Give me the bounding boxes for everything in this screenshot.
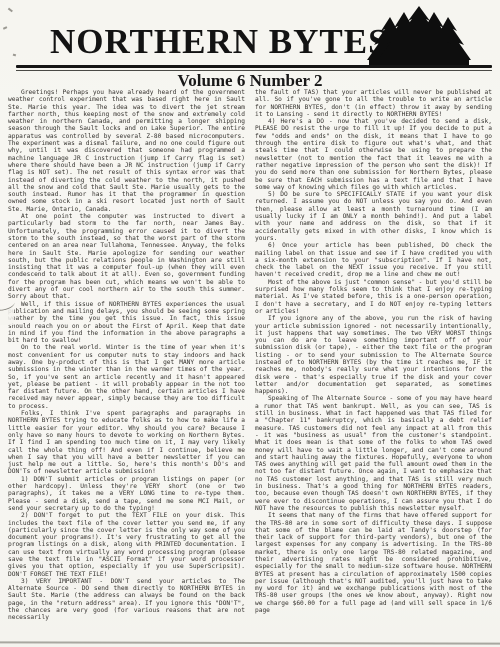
paragraph: If you ignore any of the above, you run … <box>255 315 492 395</box>
paragraph: 3) VERY IMPORTANT - DON'T send your arti… <box>8 578 245 622</box>
scan-speck <box>8 8 13 12</box>
paragraph: 4) Here's a DO - now that you've decided… <box>255 118 492 191</box>
paragraph: 2) DON'T forget to put the TEXT FILE on … <box>8 512 245 578</box>
paragraph: 5) DO be sure to SPECIFICALLY STATE if y… <box>255 191 492 242</box>
paragraph: At one point the computer was instructed… <box>8 213 245 301</box>
paragraph: Greetings! Perhaps you have already hear… <box>8 89 245 213</box>
paragraph: It seems that many of the firms that hav… <box>255 512 492 614</box>
paragraph: Speaking of The Alternate Source - some … <box>255 395 492 512</box>
newsletter-page: NORTHERN BYTES Volume 6 Number 2 Greetin… <box>0 0 500 647</box>
paragraph: 1) DON'T submit articles or program list… <box>8 476 245 512</box>
paragraph: Well, if this issue of NORTHERN BYTES ex… <box>8 301 245 345</box>
newsletter-title: NORTHERN BYTES <box>50 22 380 62</box>
left-column: Greetings! Perhaps you have already hear… <box>8 89 245 622</box>
paragraph: Folks, I think I've spent paragraphs and… <box>8 410 245 476</box>
pine-trees-icon <box>364 5 474 68</box>
scan-speck <box>13 54 16 56</box>
paragraph: On to the real world. Winter is the time… <box>8 344 245 410</box>
paragraph: Most of the above is just "common sense"… <box>255 279 492 315</box>
scan-edge-line <box>0 641 500 644</box>
scan-speck <box>3 26 7 29</box>
issue-heading: Volume 6 Number 2 <box>0 71 500 91</box>
paragraph: the fault of TAS) that your articles wil… <box>255 89 492 118</box>
masthead-rule-thick <box>16 65 492 68</box>
scan-smudge <box>0 309 14 325</box>
paragraph: 6) Once your article has been published,… <box>255 242 492 278</box>
right-column: the fault of TAS) that your articles wil… <box>255 89 492 614</box>
